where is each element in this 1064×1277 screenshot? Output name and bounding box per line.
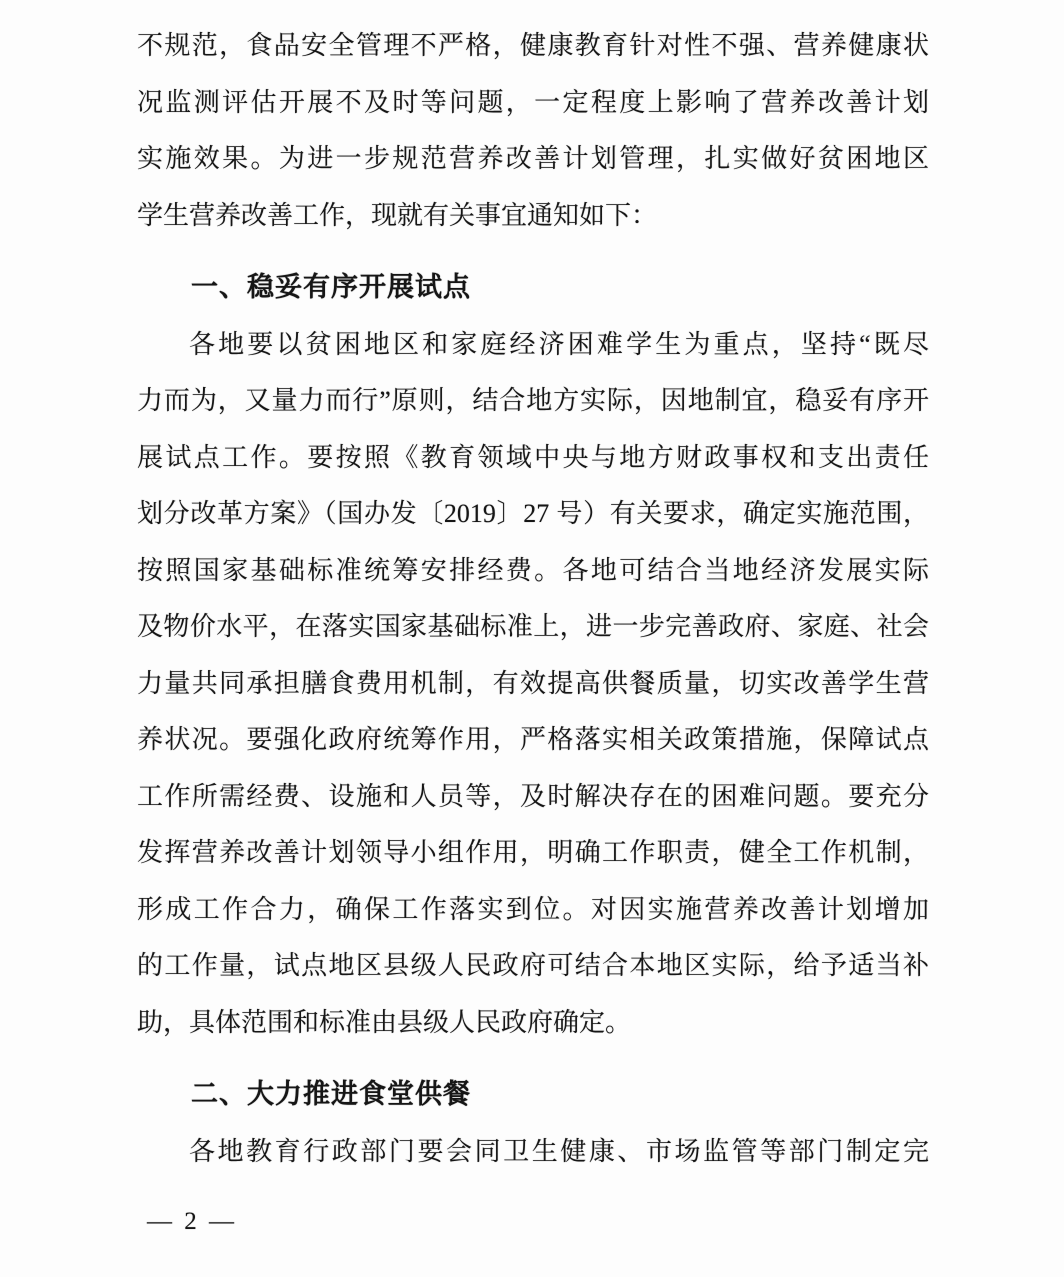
page-number: — 2 — [147,1194,929,1251]
section-heading-1: 一、稳妥有序开展试点 [137,260,929,317]
text-line: 按照国家基础标准统筹安排经费。各地可结合当地经济发展实际 [137,543,929,600]
text-line: 工作所需经费、设施和人员等，及时解决存在的困难问题。要充分 [137,769,929,826]
text-line: 各地教育行政部门要会同卫生健康、市场监管等部门制定完 [137,1124,929,1181]
text-line: 实施效果。为进一步规范营养改善计划管理，扎实做好贫困地区 [137,131,929,188]
document-page: 不规范，食品安全管理不严格，健康教育针对性不强、营养健康状 况监测评估开展不及时… [0,0,1064,1277]
section-heading-2: 二、大力推进食堂供餐 [137,1067,929,1124]
text-line: 发挥营养改善计划领导小组作用，明确工作职责，健全工作机制， [137,825,929,882]
text-line: 各地要以贫困地区和家庭经济困难学生为重点，坚持“既尽 [137,317,929,374]
text-line: 养状况。要强化政府统筹作用，严格落实相关政策措施，保障试点 [137,712,929,769]
text-line: 学生营养改善工作，现就有关事宜通知如下： [137,188,929,245]
text-line: 及物价水平，在落实国家基础标准上，进一步完善政府、家庭、社会 [137,599,929,656]
text-line: 不规范，食品安全管理不严格，健康教育针对性不强、营养健康状 [137,18,929,75]
text-line: 展试点工作。要按照《教育领域中央与地方财政事权和支出责任 [137,430,929,487]
text-column: 不规范，食品安全管理不严格，健康教育针对性不强、营养健康状 况监测评估开展不及时… [0,0,1064,1251]
text-line: 力量共同承担膳食费用机制，有效提高供餐质量，切实改善学生营 [137,656,929,713]
text-line: 形成工作合力，确保工作落实到位。对因实施营养改善计划增加 [137,882,929,939]
text-line: 况监测评估开展不及时等问题，一定程度上影响了营养改善计划 [137,75,929,132]
text-line: 力而为，又量力而行”原则，结合地方实际，因地制宜，稳妥有序开 [137,373,929,430]
text-line: 助，具体范围和标准由县级人民政府确定。 [137,995,929,1052]
text-line: 划分改革方案》（国办发〔2019〕27 号）有关要求，确定实施范围， [137,486,929,543]
text-line: 的工作量，试点地区县级人民政府可结合本地区实际，给予适当补 [137,938,929,995]
